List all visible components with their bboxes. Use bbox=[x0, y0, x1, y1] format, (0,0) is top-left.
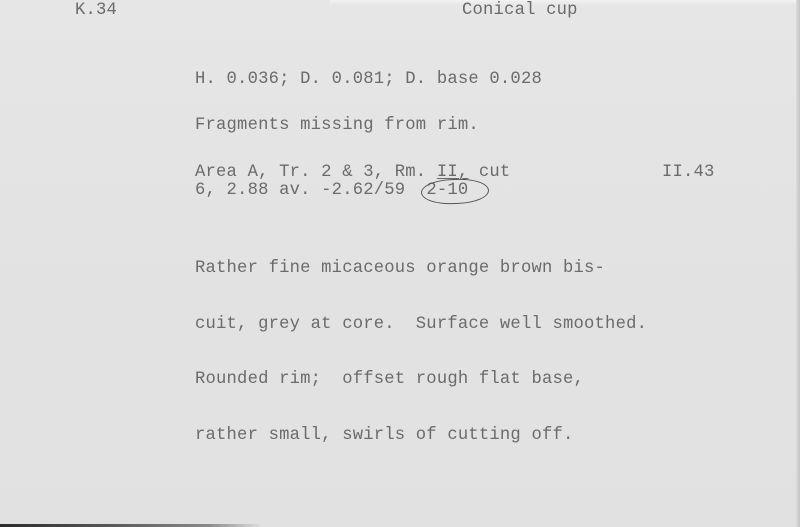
findspot-area: Area A, Tr. 2 & 3, Rm. bbox=[195, 163, 437, 182]
condition-line: Fragments missing from rim. bbox=[195, 117, 479, 135]
inventory-reference: II.43 bbox=[662, 164, 715, 182]
description-line: Rounded rim; offset rough flat base, bbox=[195, 371, 647, 390]
description-line: cuit, grey at core. Surface well smoothe… bbox=[195, 316, 647, 335]
pencil-circle-mark bbox=[421, 178, 490, 205]
dimensions-line: H. 0.036; D. 0.081; D. base 0.028 bbox=[195, 71, 542, 89]
catalog-number: K.34 bbox=[75, 2, 117, 20]
description-line: Rather fine micaceous orange brown bis- bbox=[195, 260, 647, 279]
object-type-title: Conical cup bbox=[462, 2, 578, 20]
scan-right-edge bbox=[796, 0, 800, 527]
findspot-cut: cut bbox=[468, 163, 510, 182]
description-line: rather small, swirls of cutting off. bbox=[195, 427, 647, 446]
circled-annotation: 2-10 bbox=[426, 182, 468, 200]
fabric-description: Rather fine micaceous orange brown bis- … bbox=[195, 223, 647, 482]
findspot-level: 6, 2.88 av. -2.62/59 bbox=[195, 181, 426, 200]
findspot-line-2: 6, 2.88 av. -2.62/59 2-10 bbox=[195, 182, 468, 200]
catalogue-card: K.34 Conical cup H. 0.036; D. 0.081; D. … bbox=[0, 0, 800, 527]
